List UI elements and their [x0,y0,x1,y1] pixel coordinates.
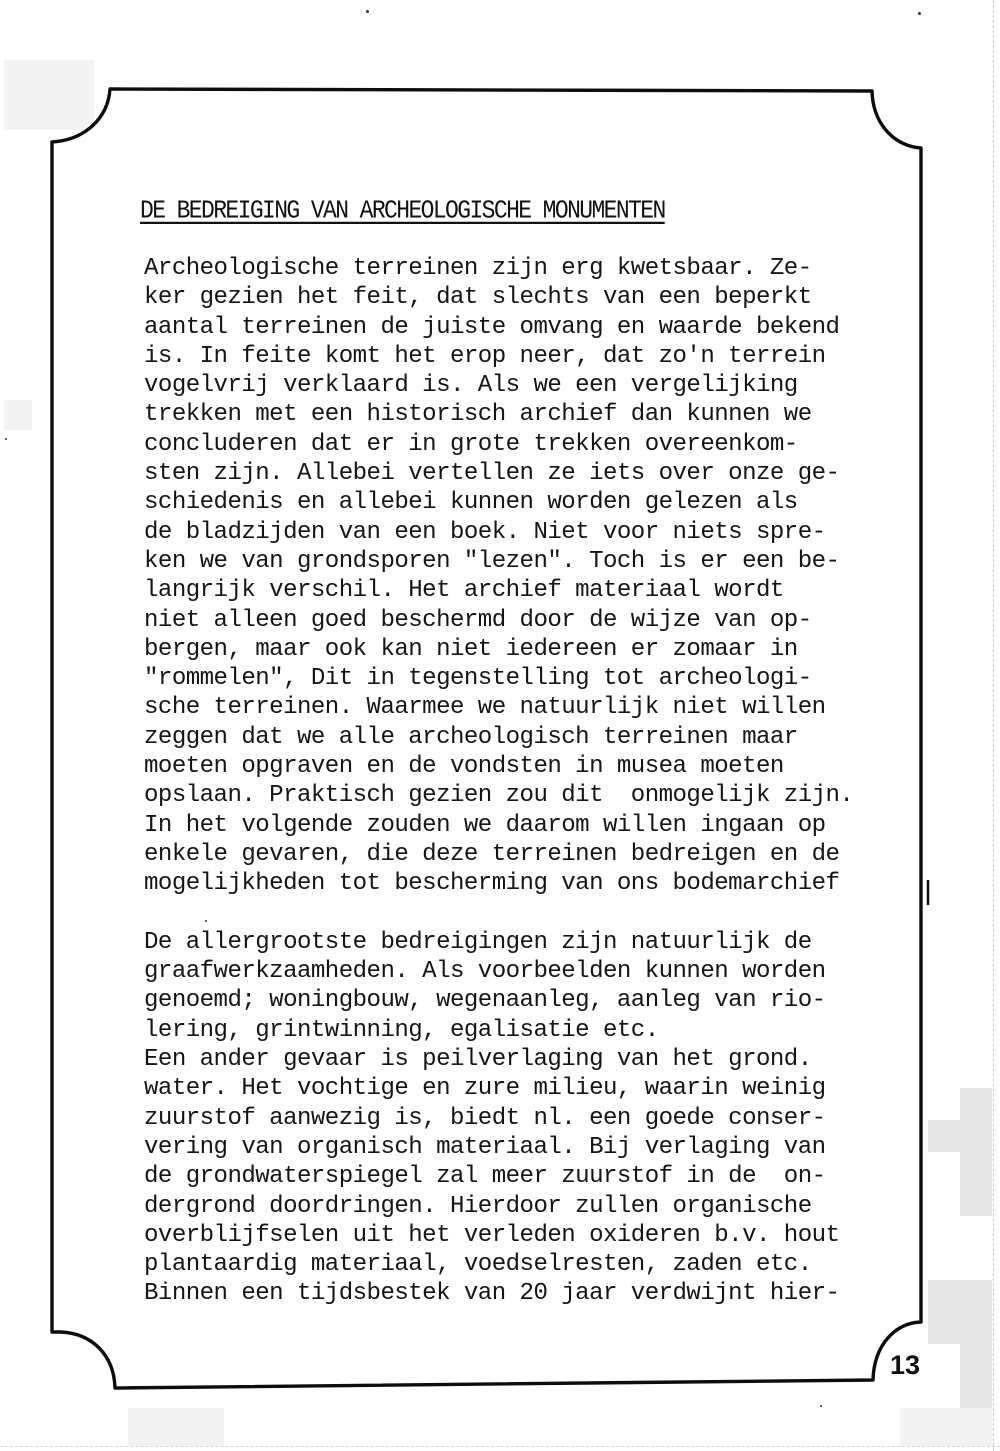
text-line: genoemd; woningbouw, wegenaanleg, aanleg… [144,986,853,1015]
dust-speck [366,10,369,13]
text-line: de bladzijden van een boek. Niet voor ni… [144,518,853,547]
text-line: overblijfselen uit het verleden oxideren… [144,1221,853,1250]
text-line: De allergrootste bedreigingen zijn natuu… [144,928,853,957]
text-line: bergen, maar ook kan niet iedereen er zo… [144,635,853,664]
text-line: niet alleen goed beschermd door de wijze… [144,606,853,635]
text-line: "rommelen", Dit in tegenstelling tot arc… [144,664,853,693]
text-line: sche terreinen. Waarmee we natuurlijk ni… [144,693,853,722]
text-line: aantal terreinen de juiste omvang en waa… [144,313,853,342]
text-line: opslaan. Praktisch gezien zou dit onmoge… [144,781,853,810]
text-line: zeggen dat we alle archeologisch terrein… [144,723,853,752]
dust-speck [918,12,921,15]
text-line: water. Het vochtige en zure milieu, waar… [144,1074,853,1103]
text-line: lering, grintwinning, egalisatie etc. [144,1016,853,1045]
page-title: DE BEDREIGING VAN ARCHEOLOGISCHE MONUMEN… [140,196,665,225]
article-body: Archeologische terreinen zijn erg kwetsb… [144,254,853,1309]
text-line: Archeologische terreinen zijn erg kwetsb… [144,254,853,283]
text-line: langrijk verschil. Het archief materiaal… [144,576,853,605]
text-line: ker gezien het feit, dat slechts van een… [144,283,853,312]
text-line: vering van organisch materiaal. Bij verl… [144,1133,853,1162]
text-line: ken we van grondsporen "lezen". Toch is … [144,547,853,576]
text-line: vogelvrij verklaard is. Als we een verge… [144,371,853,400]
text-line: graafwerkzaamheden. Als voorbeelden kunn… [144,957,853,986]
page-number: 13 [890,1350,920,1381]
text-line: is. In feite komt het erop neer, dat zo'… [144,342,853,371]
text-line: plantaardig materiaal, voedselresten, za… [144,1250,853,1279]
text-line: de grondwaterspiegel zal meer zuurstof i… [144,1162,853,1191]
paragraph-gap [144,899,853,928]
text-line: dergrond doordringen. Hierdoor zullen or… [144,1192,853,1221]
text-line: enkele gevaren, die deze terreinen bedre… [144,840,853,869]
text-line: sten zijn. Allebei vertellen ze iets ove… [144,459,853,488]
text-line: Binnen een tijdsbestek van 20 jaar verdw… [144,1279,853,1308]
text-line: concluderen dat er in grote trekken over… [144,430,853,459]
dust-speck [5,438,7,440]
text-line: In het volgende zouden we daarom willen … [144,811,853,840]
text-line: trekken met een historisch archief dan k… [144,400,853,429]
text-line: mogelijkheden tot bescherming van ons bo… [144,869,853,898]
text-line: zuurstof aanwezig is, biedt nl. een goed… [144,1104,853,1133]
text-line: schiedenis en allebei kunnen worden gele… [144,488,853,517]
dust-speck [820,1405,822,1407]
text-line: moeten opgraven en de vondsten in musea … [144,752,853,781]
text-line: Een ander gevaar is peilverlaging van he… [144,1045,853,1074]
